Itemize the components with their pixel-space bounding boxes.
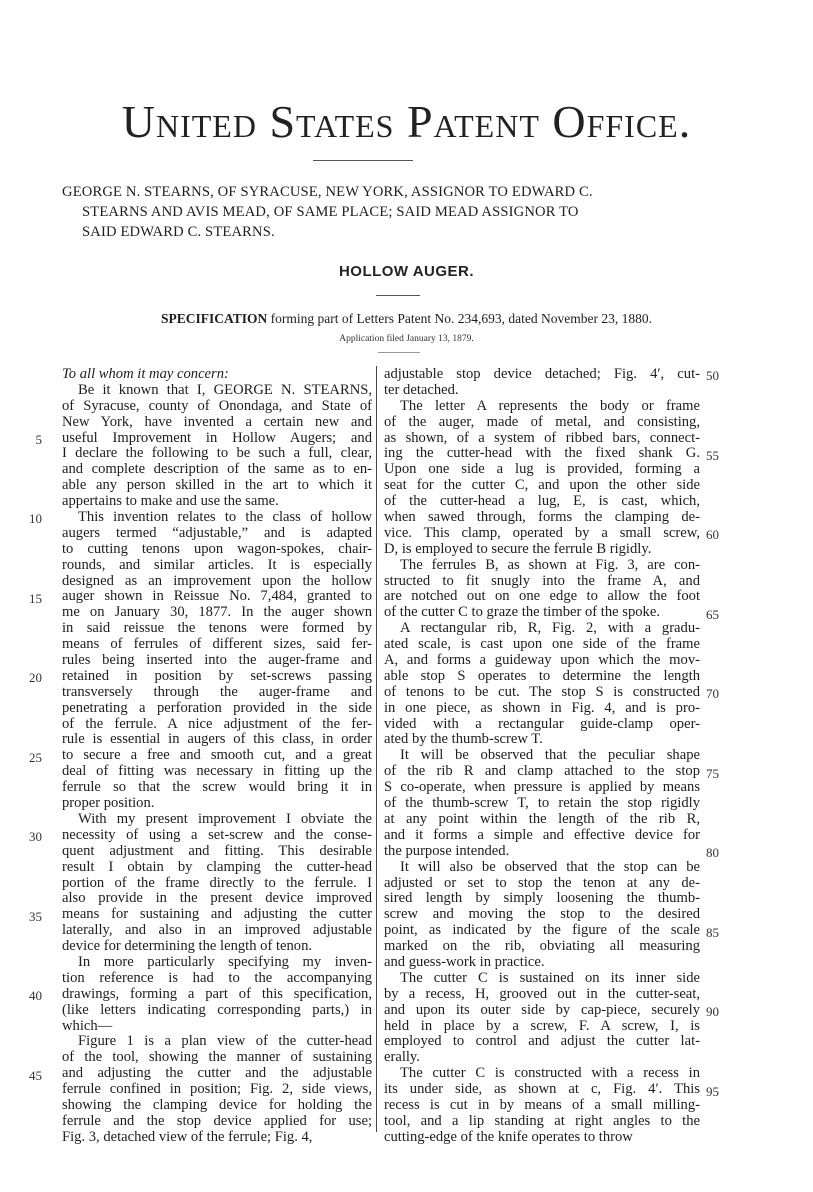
- office-title: United States Patent Office.: [0, 95, 813, 148]
- text-line: in said reissue the tenons were formed b…: [62, 621, 372, 637]
- text-line: and guess-work in practice.: [384, 955, 700, 971]
- text-line: necessity of using a set-screw and the c…: [62, 828, 372, 844]
- text-line: and it forms a simple and effective devi…: [384, 828, 700, 844]
- text-line: transversely through the auger-frame and: [62, 685, 372, 701]
- text-line: erally.: [384, 1050, 700, 1066]
- text-line: result I obtain by clamping the cutter-h…: [62, 860, 372, 876]
- text-line: sired length by simply loosening the thu…: [384, 891, 700, 907]
- text-line: I declare the following to be such a ful…: [62, 446, 372, 462]
- column-divider: [376, 366, 377, 1132]
- text-line: and upon its outer side by cap-piece, se…: [384, 1003, 700, 1019]
- text-line: proper position.: [62, 796, 372, 812]
- line-number: 80: [706, 845, 730, 861]
- text-line: me on January 30, 1877. In the auger sho…: [62, 605, 372, 621]
- line-number: 90: [706, 1004, 730, 1020]
- text-line: marked on the rib, obviating all measuri…: [384, 939, 700, 955]
- text-line: ated by the thumb-screw T.: [384, 732, 700, 748]
- line-number: 35: [24, 909, 42, 925]
- text-line: S co-operate, when pressure is applied b…: [384, 780, 700, 796]
- text-line: tion reference is had to the accompanyin…: [62, 971, 372, 987]
- text-line: adjustable stop device detached; Fig. 4′…: [384, 367, 700, 383]
- text-line: point, as indicated by the figure of the…: [384, 923, 700, 939]
- text-line: rules being inserted into the auger-fram…: [62, 653, 372, 669]
- text-line: device for determining the length of ten…: [62, 939, 372, 955]
- specification-label: SPECIFICATION: [161, 311, 267, 326]
- line-number: 30: [24, 829, 42, 845]
- text-line: It will also be observed that the stop c…: [384, 860, 700, 876]
- text-line: to secure a free and smooth cut, and a g…: [62, 748, 372, 764]
- text-line: structed to fit snugly into the frame A,…: [384, 574, 700, 590]
- left-column: To all whom it may concern:Be it known t…: [62, 367, 372, 1146]
- text-line: to cutting tenons upon wagon-spokes, cha…: [62, 542, 372, 558]
- text-line: of Syracuse, county of Onondaga, and Sta…: [62, 399, 372, 415]
- text-line: of the auger, made of metal, and consist…: [384, 415, 700, 431]
- text-line: able any person skilled in the art to wh…: [62, 478, 372, 494]
- text-line: ated scale, is cast upon one side of the…: [384, 637, 700, 653]
- text-line: ter detached.: [384, 383, 700, 399]
- text-line: by a recess, H, grooved out in the cutte…: [384, 987, 700, 1003]
- text-line: tool, and a lip standing at right angles…: [384, 1114, 700, 1130]
- text-line: Be it known that I, GEORGE N. STEARNS,: [62, 383, 372, 399]
- assignment-block: GEORGE N. STEARNS, OF SYRACUSE, NEW YORK…: [62, 182, 762, 242]
- text-line: of the cutter-head a lug, E, is cast, wh…: [384, 494, 700, 510]
- line-number: 50: [706, 368, 730, 384]
- text-line: which—: [62, 1019, 372, 1035]
- text-line: are notched out on one edge to allow the…: [384, 589, 700, 605]
- text-line: quent adjustment and fitting. This desir…: [62, 844, 372, 860]
- text-line: of the cutter C to graze the timber of t…: [384, 605, 700, 621]
- text-line: Figure 1 is a plan view of the cutter-he…: [62, 1034, 372, 1050]
- line-number: 25: [24, 750, 42, 766]
- specification-text: forming part of Letters Patent No. 234,6…: [267, 311, 652, 326]
- text-line: the purpose intended.: [384, 844, 700, 860]
- text-line: With my present improvement I obviate th…: [62, 812, 372, 828]
- line-number: 45: [24, 1068, 42, 1084]
- text-line: at any point within the length of the ri…: [384, 812, 700, 828]
- line-number: 60: [706, 527, 730, 543]
- text-line: seat for the cutter C, and upon the othe…: [384, 478, 700, 494]
- right-column: adjustable stop device detached; Fig. 4′…: [384, 367, 700, 1146]
- subject-divider: [376, 295, 420, 296]
- text-line: of the tool, showing the manner of susta…: [62, 1050, 372, 1066]
- text-line: of the ferrule. A nice adjustment of the…: [62, 717, 372, 733]
- line-number: 70: [706, 686, 730, 702]
- text-line: in one piece, as shown in Fig. 4, and is…: [384, 701, 700, 717]
- text-line: means for sustaining and adjusting the c…: [62, 907, 372, 923]
- line-number: 75: [706, 766, 730, 782]
- assignment-line: GEORGE N. STEARNS, OF SYRACUSE, NEW YORK…: [62, 182, 762, 202]
- text-line: To all whom it may concern:: [62, 367, 372, 383]
- text-line: as shown, of a system of ribbed bars, co…: [384, 431, 700, 447]
- text-line: when sawed through, forms the clamping d…: [384, 510, 700, 526]
- text-line: deal of fitting was necessary in fitting…: [62, 764, 372, 780]
- text-line: of the rib R and clamp attached to the s…: [384, 764, 700, 780]
- text-line: useful Improvement in Hollow Augers; and: [62, 431, 372, 447]
- text-line: laterally, and also in an improved adjus…: [62, 923, 372, 939]
- specification-line: SPECIFICATION forming part of Letters Pa…: [0, 311, 813, 327]
- text-line: rounds, and similar articles. It is espe…: [62, 558, 372, 574]
- text-line: adjusted or set to stop the tenon at any…: [384, 876, 700, 892]
- text-line: The letter A represents the body or fram…: [384, 399, 700, 415]
- assignment-line: SAID EDWARD C. STEARNS.: [62, 222, 762, 242]
- text-line: screw and moving the stop to the desired: [384, 907, 700, 923]
- text-line: A, and forms a guideway upon which the m…: [384, 653, 700, 669]
- filed-divider: [378, 352, 420, 353]
- text-line: appertains to make and use the same.: [62, 494, 372, 510]
- line-number: 95: [706, 1084, 730, 1100]
- line-number: 15: [24, 591, 42, 607]
- text-line: designed as an improvement upon the holl…: [62, 574, 372, 590]
- text-line: vided with a rectangular guide-clamp ope…: [384, 717, 700, 733]
- line-number: 55: [706, 448, 730, 464]
- text-line: recess is cut in by means of a small mil…: [384, 1098, 700, 1114]
- text-line: employed to control and adjust the cutte…: [384, 1034, 700, 1050]
- text-line: and complete description of the same as …: [62, 462, 372, 478]
- text-line: Upon one side a lug is provided, forming…: [384, 462, 700, 478]
- text-line: held in place by a screw, F. A screw, I,…: [384, 1019, 700, 1035]
- text-line: its under side, as shown at c, Fig. 4′. …: [384, 1082, 700, 1098]
- line-number: 10: [24, 511, 42, 527]
- text-line: ferrule so that the screw would bring it…: [62, 780, 372, 796]
- text-line: It will be observed that the peculiar sh…: [384, 748, 700, 764]
- text-line: rule is essential in augers of this clas…: [62, 732, 372, 748]
- text-line: auger shown in Reissue No. 7,484, grante…: [62, 589, 372, 605]
- text-line: means of ferrules of different sizes, sa…: [62, 637, 372, 653]
- text-line: cutting-edge of the knife operates to th…: [384, 1130, 700, 1146]
- text-line: A rectangular rib, R, Fig. 2, with a gra…: [384, 621, 700, 637]
- text-line: and adjusting the cutter and the adjusta…: [62, 1066, 372, 1082]
- title-divider: [313, 160, 413, 161]
- line-number: 5: [24, 432, 42, 448]
- text-line: D, is employed to secure the ferrule B r…: [384, 542, 700, 558]
- text-line: augers termed “adjustable,” and is adapt…: [62, 526, 372, 542]
- text-line: drawings, forming a part of this specifi…: [62, 987, 372, 1003]
- line-number: 65: [706, 607, 730, 623]
- text-line: penetrating a perforation provided in th…: [62, 701, 372, 717]
- line-number: 40: [24, 988, 42, 1004]
- text-line: showing the clamping device for holding …: [62, 1098, 372, 1114]
- invention-subject: HOLLOW AUGER.: [0, 263, 813, 280]
- text-line: In more particularly specifying my inven…: [62, 955, 372, 971]
- text-line: (like letters indicating corresponding p…: [62, 1003, 372, 1019]
- text-line: The ferrules B, as shown at Fig. 3, are …: [384, 558, 700, 574]
- assignment-line: STEARNS AND AVIS MEAD, OF SAME PLACE; SA…: [62, 202, 762, 222]
- application-filed: Application filed January 13, 1879.: [0, 334, 813, 344]
- text-line: The cutter C is constructed with a reces…: [384, 1066, 700, 1082]
- text-line: ferrule and the stop device applied for …: [62, 1114, 372, 1130]
- line-number: 85: [706, 925, 730, 941]
- text-line: of tenons to be cut. The stop S is const…: [384, 685, 700, 701]
- text-line: New York, have invented a certain new an…: [62, 415, 372, 431]
- text-line: of the thumb-screw T, to retain the stop…: [384, 796, 700, 812]
- text-line: ferrule confined in position; Fig. 2, si…: [62, 1082, 372, 1098]
- text-line: portion of the frame directly to the fer…: [62, 876, 372, 892]
- text-line: The cutter C is sustained on its inner s…: [384, 971, 700, 987]
- text-line: retained in position by set-screws passi…: [62, 669, 372, 685]
- line-number: 20: [24, 670, 42, 686]
- text-line: also provide in the present device impro…: [62, 891, 372, 907]
- text-line: This invention relates to the class of h…: [62, 510, 372, 526]
- text-line: able stop S operates to determine the le…: [384, 669, 700, 685]
- text-line: ing the cutter-head with the fixed shank…: [384, 446, 700, 462]
- text-line: vice. This clamp, operated by a small sc…: [384, 526, 700, 542]
- text-line: Fig. 3, detached view of the ferrule; Fi…: [62, 1130, 372, 1146]
